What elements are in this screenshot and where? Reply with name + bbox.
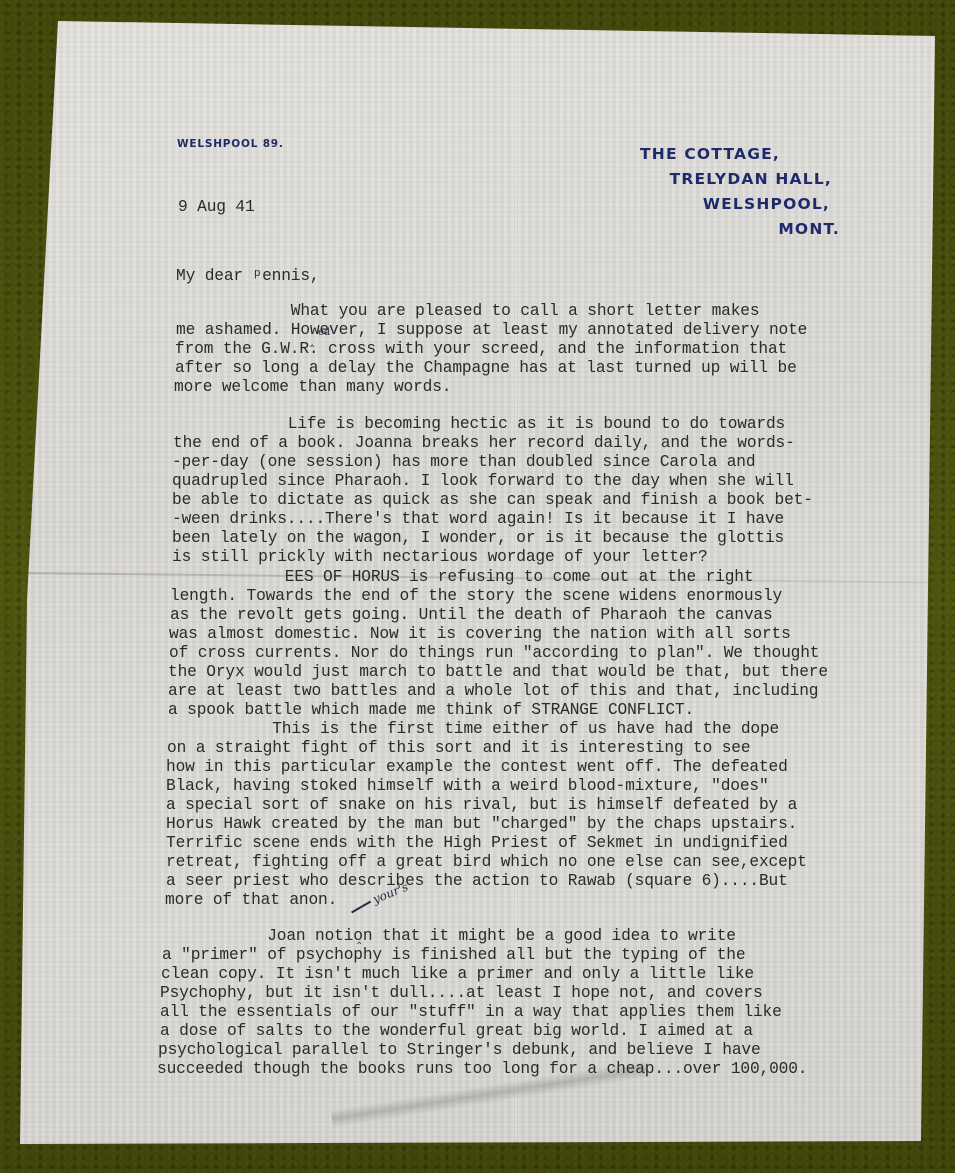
letter-line: psychological parallel to Stringer's deb… — [158, 1041, 761, 1059]
address-line-2: TRELYDAN HALL, — [640, 167, 832, 192]
letter-line: EES OF HORUS is refusing to come out at … — [170, 568, 753, 586]
letter-line: Joan notion that it might be a good idea… — [162, 927, 736, 945]
letter-line: -per-day (one session) has more than dou… — [172, 453, 755, 471]
letter-line: a dose of salts to the wonderful great b… — [160, 1022, 753, 1040]
letter-line: What you are pleased to call a short let… — [176, 302, 759, 320]
handwritten-insert-ed: ed — [318, 327, 330, 338]
address-line-3: WELSHPOOL, — [640, 192, 830, 217]
letter-line: -ween drinks....There's that word again!… — [172, 510, 784, 528]
letter-line: clean copy. It isn't much like a primer … — [161, 965, 754, 983]
letterhead-phone: WELSHPOOL 89. — [177, 138, 284, 150]
handwritten-insert-caret: ‸ — [310, 333, 314, 348]
letter-date: 9 Aug 41 — [178, 198, 255, 216]
letter-line: Black, having stoked himself with a weir… — [166, 777, 769, 795]
letter-line: the Oryx would just march to battle and … — [168, 663, 828, 681]
address-line-1: THE COTTAGE, — [640, 142, 780, 167]
letter-line: all the essentials of our "stuff" in a w… — [160, 1003, 782, 1021]
letter-line: a spook battle which made me think of ST… — [168, 701, 694, 719]
letter-line: more welcome than many words. — [174, 378, 451, 396]
letter-salutation: My dear ᵖennis, — [176, 267, 319, 285]
letter-line: of cross currents. Nor do things run "ac… — [169, 644, 819, 662]
letter-page: WELSHPOOL 89. THE COTTAGE, TRELYDAN HALL… — [0, 0, 955, 1173]
letter-line: length. Towards the end of the story the… — [170, 587, 782, 605]
letter-line: This is the first time either of us have… — [167, 720, 779, 738]
letter-line: was almost domestic. Now it is covering … — [169, 625, 791, 643]
letter-line: on a straight fight of this sort and it … — [167, 739, 750, 757]
letterhead-address: THE COTTAGE, TRELYDAN HALL, WELSHPOOL, M… — [640, 142, 840, 242]
letter-line: be able to dictate as quick as she can s… — [172, 491, 813, 509]
letter-line: are at least two battles and a whole lot… — [168, 682, 818, 700]
letter-line: retreat, fighting off a great bird which… — [166, 853, 807, 871]
letter-line: Life is becoming hectic as it is bound t… — [173, 415, 785, 433]
letter-line: is still prickly with nectarious wordage… — [172, 548, 708, 566]
letter-line: how in this particular example the conte… — [166, 758, 788, 776]
letter-line: after so long a delay the Champagne has … — [175, 359, 797, 377]
address-line-4: MONT. — [640, 217, 840, 242]
letter-line: more of that anon. — [165, 891, 337, 909]
letter-line: been lately on the wagon, I wonder, or i… — [172, 529, 784, 547]
handwritten-stroke — [351, 901, 371, 913]
letter-line: succeeded though the books runs too long… — [157, 1060, 807, 1078]
letter-line: a seer priest who describes the action t… — [166, 872, 788, 890]
handwritten-insert-caret-2: ‸ — [357, 930, 361, 945]
letter-line: a special sort of snake on his rival, bu… — [166, 796, 797, 814]
letter-line: me ashamed. However, I suppose at least … — [176, 321, 807, 339]
letter-line: the end of a book. Joanna breaks her rec… — [173, 434, 795, 452]
letter-line: Psychophy, but it isn't dull....at least… — [160, 984, 763, 1002]
letter-line: Terrific scene ends with the High Priest… — [166, 834, 788, 852]
letter-line: from the G.W.R. cross with your screed, … — [175, 340, 787, 358]
letter-line: quadrupled since Pharaoh. I look forward… — [172, 472, 794, 490]
letter-line: a "primer" of psychophy is finished all … — [162, 946, 745, 964]
letter-line: as the revolt gets going. Until the deat… — [170, 606, 773, 624]
letter-line: Horus Hawk created by the man but "charg… — [166, 815, 797, 833]
